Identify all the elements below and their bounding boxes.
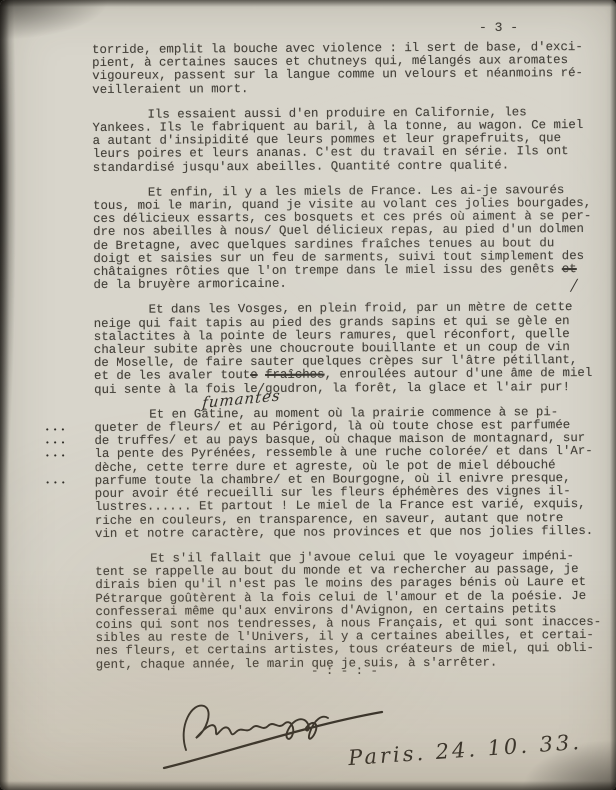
margin-dots: ···: [45, 436, 69, 449]
margin-dots: ···: [45, 450, 69, 463]
struck-word: fraîches: [265, 368, 325, 382]
paragraph: Ils essaient aussi d'en produire en Cali…: [92, 106, 597, 175]
paragraph: Et enfin, il y a les miels de France. Le…: [93, 184, 599, 293]
text-line: standardisé jusqu'aux abeilles. Quantité…: [93, 159, 598, 175]
paragraph: Et dans les Vosges, en plein froid, par …: [94, 301, 600, 397]
text-line: de la bruyère armoricaine.: [93, 276, 598, 292]
paragraph: torride, emplit la bouche avec violence …: [92, 41, 597, 97]
text-line: veilleraient un mort.: [92, 81, 597, 97]
text-line: vin et notre caractère, que nos province…: [95, 525, 600, 541]
margin-dots: ···: [45, 423, 69, 436]
handwritten-correction: /: [571, 276, 579, 295]
margin-dots: ···: [46, 476, 70, 489]
struck-word: e: [250, 368, 258, 382]
struck-word: et: [562, 262, 577, 276]
paragraph: Et s'il fallait que j'avoue celui que le…: [95, 550, 601, 672]
text-block: torride, emplit la bouche avec violence …: [92, 41, 601, 684]
text-line: qui sente à la fois le/goudron, la forêt…: [94, 381, 599, 397]
scanned-page: - 3 - torride, emplit la bouche avec vio…: [0, 0, 616, 790]
paragraph: Et en Gâtine, au moment où la prairie co…: [94, 406, 600, 541]
page-number: - 3 -: [479, 20, 518, 35]
typed-separator: - : - : -: [92, 664, 597, 678]
